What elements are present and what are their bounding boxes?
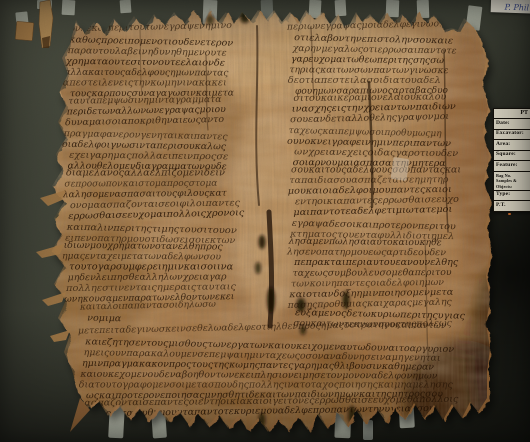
papyrus-photo-svg: τωνδεκαιπεριτουτωνεγραψενημινοκαθωςπροει…	[0, 0, 530, 442]
debris-speck	[508, 213, 511, 215]
info-card-row-type: Type:	[494, 191, 530, 202]
info-card-header: PT	[494, 109, 530, 119]
info-card-row-area: Area:	[494, 140, 530, 151]
info-card-row-pt: P.T.	[494, 201, 530, 211]
bag-line-3: Objects:	[496, 184, 530, 190]
papyrus-photo: { "photo": { "background_color": "#3e413…	[0, 0, 530, 442]
info-card-row-excavator: Excavator:	[494, 130, 530, 141]
info-card-row-feature: Feature:	[494, 161, 530, 172]
info-card: PT Date: Excavator: Area: Square: Featur…	[493, 108, 530, 212]
info-card-row-date: Date:	[494, 119, 530, 130]
corner-label-card: P. Phil	[491, 0, 530, 14]
info-card-row-square: Square:	[494, 151, 530, 162]
corner-label-text: P. Phil	[504, 4, 529, 13]
info-card-row-bag: Bag No. Samples & Objects:	[494, 172, 530, 191]
photo-grain	[0, 0, 530, 442]
